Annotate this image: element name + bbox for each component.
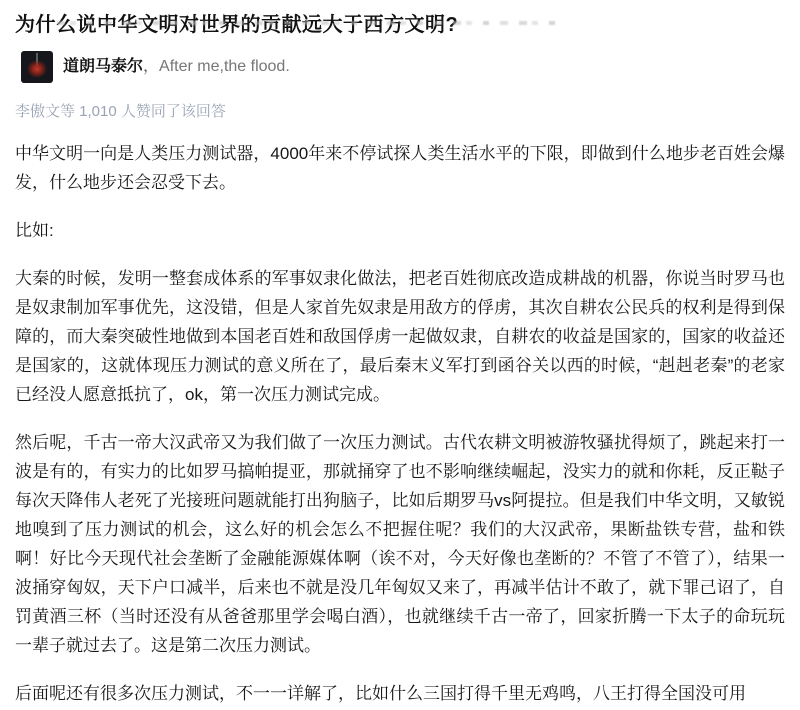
paragraph: 大秦的时候，发明一整套成体系的军事奴隶化做法，把老百姓彻底改造成耕战的机器，你说… [15, 264, 785, 409]
author-row: 道朗马泰尔，After me,the flood. [15, 51, 785, 83]
answer-body: 中华文明一向是人类压力测试器，4000年来不停试探人类生活水平的下限，即做到什么… [15, 139, 785, 708]
author-separator: ， [143, 58, 159, 75]
zhihu-answer-page: 为什么说中华文明对世界的贡献远大于西方文明? 道朗马泰尔，After me,th… [0, 13, 800, 708]
paragraph: 然后呢，千古一帝大汉武帝又为我们做了一次压力测试。古代农耕文明被游牧骚扰得烦了，… [15, 428, 785, 660]
upvote-banner[interactable]: 李傲文等 1,010 人赞同了该回答 [15, 102, 785, 122]
author-bio: After me,the flood. [159, 58, 290, 75]
author-line: 道朗马泰尔，After me,the flood. [63, 56, 290, 78]
author-name[interactable]: 道朗马泰尔 [63, 58, 143, 75]
question-title[interactable]: 为什么说中华文明对世界的贡献远大于西方文明? [15, 13, 785, 38]
paragraph: 中华文明一向是人类压力测试器，4000年来不停试探人类生活水平的下限，即做到什么… [15, 139, 785, 197]
author-avatar[interactable] [21, 51, 53, 83]
paragraph: 比如: [15, 216, 785, 245]
paragraph: 后面呢还有很多次压力测试，不一一详解了，比如什么三国打得千里无鸡鸣，八王打得全国… [15, 679, 785, 708]
clipped-text-remnant [57, 21, 565, 25]
